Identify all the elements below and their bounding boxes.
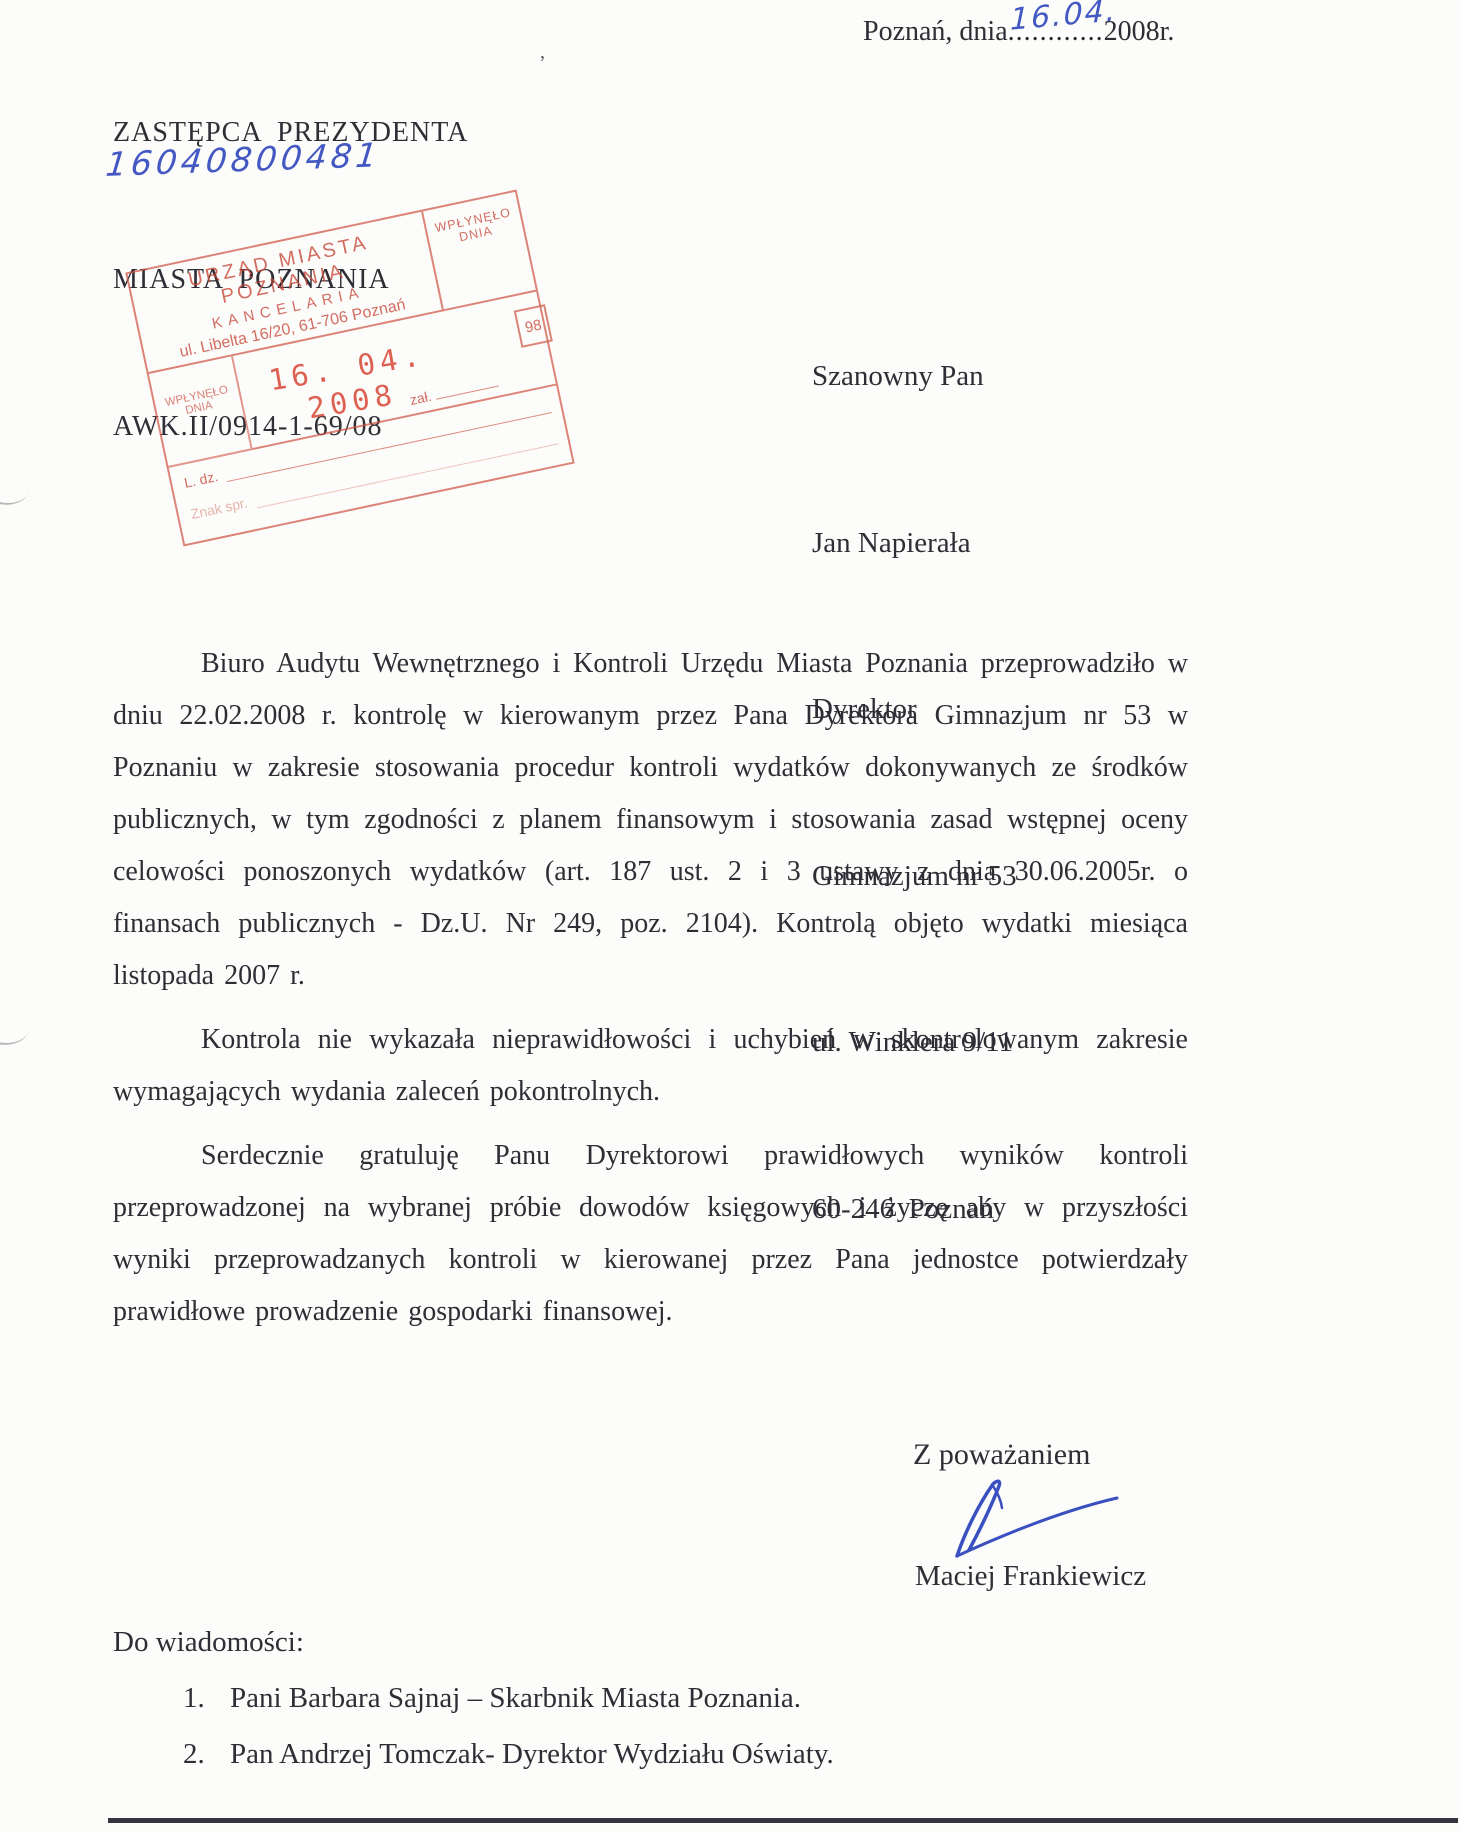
scan-speck-artifact: ’ bbox=[539, 52, 546, 75]
recipient-salutation: Szanowny Pan bbox=[812, 349, 1017, 405]
stamp-journal-label: L. dz. bbox=[183, 468, 220, 491]
body-paragraph-2: Kontrola nie wykazała nieprawidłowości i… bbox=[113, 1014, 1188, 1118]
body-paragraph-3: Serdecznie gratuluję Panu Dyrektorowi pr… bbox=[113, 1130, 1188, 1338]
cc-item-text: Pan Andrzej Tomczak- Dyrektor Wydziału O… bbox=[230, 1735, 834, 1774]
signature-stroke bbox=[905, 1476, 1135, 1568]
body-paragraph-1: Biuro Audytu Wewnętrznego i Kontroli Urz… bbox=[113, 638, 1188, 1002]
place-date-prefix: Poznań, dnia bbox=[863, 16, 1008, 47]
closing-salutation: Z poważaniem bbox=[913, 1438, 1090, 1472]
stamp-attachments-line bbox=[436, 385, 499, 400]
scan-curl-artifact bbox=[0, 1013, 31, 1050]
footer-rule bbox=[108, 1818, 1458, 1823]
stamp-corner-number: 98 bbox=[514, 304, 553, 348]
cc-item: 1. Pani Barbara Sajnaj – Skarbnik Miasta… bbox=[113, 1679, 834, 1718]
letter-body: Biuro Audytu Wewnętrznego i Kontroli Urz… bbox=[113, 638, 1188, 1350]
scan-curl-artifact bbox=[0, 472, 31, 512]
cc-item-number: 2. bbox=[183, 1735, 230, 1774]
cc-heading: Do wiadomości: bbox=[113, 1626, 834, 1659]
signer-name: Maciej Frankiewicz bbox=[915, 1560, 1146, 1593]
stamp-case-label: Znak spr. bbox=[189, 494, 249, 522]
recipient-name: Jan Napierała bbox=[812, 516, 1017, 572]
scanned-letter-page: ZASTĘPCA PREZYDENTA MIASTA POZNANIA AWK.… bbox=[0, 0, 1460, 1833]
handwritten-signature bbox=[905, 1476, 1135, 1573]
cc-section: Do wiadomości: 1. Pani Barbara Sajnaj – … bbox=[113, 1626, 834, 1791]
stamp-received-label-right: WPŁYNĘŁO DNIA bbox=[423, 192, 536, 311]
place-date-line: Poznań, dnia............16.04.2008r. bbox=[863, 16, 1174, 48]
cc-item-number: 1. bbox=[183, 1679, 230, 1718]
date-dotted-line: ............16.04. bbox=[1008, 16, 1104, 48]
cc-item-text: Pani Barbara Sajnaj – Skarbnik Miasta Po… bbox=[230, 1679, 801, 1718]
cc-item: 2. Pan Andrzej Tomczak- Dyrektor Wydział… bbox=[113, 1735, 834, 1774]
